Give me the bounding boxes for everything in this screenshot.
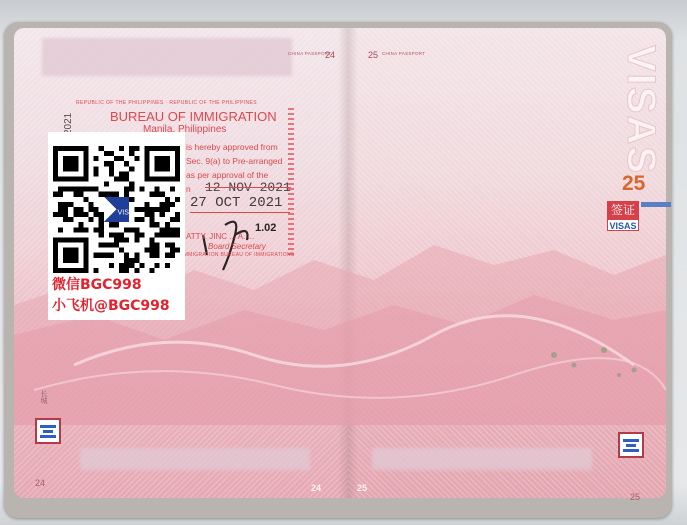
stamp-top-line: REPUBLIC OF THE PHILIPPINES · REPUBLIC O…: [76, 100, 257, 106]
right-page-number-top: 25: [368, 50, 378, 60]
right-page-number-large: 25: [622, 172, 645, 196]
stamp-body-line: as per approval of the: [186, 170, 268, 180]
right-gutter-number: 25: [357, 483, 367, 493]
qr-contact-card: VISA 微信BGC998 小飞机@BGC998: [48, 132, 185, 320]
stamp-footer: IMMIGRATION BUREAU OF IMMIGRATIONS: [182, 252, 295, 258]
emblem-icon: [35, 418, 61, 444]
left-page-number-bottom: 24: [35, 478, 45, 488]
visa-badge-en: VISAS: [607, 219, 639, 231]
stamp-agency: BUREAU OF IMMIGRATION: [110, 109, 277, 124]
stamp-officer-title: Board Secretary: [208, 242, 266, 251]
stamp-body-line: is hereby approved from: [186, 142, 278, 152]
svg-text:VISA: VISA: [118, 209, 134, 217]
right-page-header: CHINA PASSPORT: [382, 51, 425, 56]
stamp-date-prefix: n: [186, 184, 191, 194]
visas-watermark: VISAS: [618, 45, 663, 175]
right-page-number-bottom: 25: [630, 492, 640, 502]
visa-badge: 签证 VISAS: [607, 201, 639, 231]
signature-note: 1.02: [255, 222, 276, 234]
stamp-underline: [190, 212, 290, 213]
wechat-contact: 微信BGC998: [52, 274, 142, 294]
visa-strip: [641, 202, 671, 207]
stamp-body-line: Sec. 9(a) to Pre-arranged: [186, 156, 282, 166]
left-page-side-label: 长城: [38, 390, 48, 404]
telegram-contact: 小飞机@BGC998: [52, 295, 170, 315]
emblem-icon: [618, 432, 644, 458]
redacted-area: [42, 38, 292, 76]
left-gutter-number: 24: [311, 483, 321, 493]
qr-code[interactable]: VISA: [53, 146, 180, 273]
stamp-date-new: 27 OCT 2021: [190, 195, 282, 211]
stamp-border-dots: [288, 108, 294, 256]
left-page-number-top: 24: [325, 50, 335, 60]
visa-badge-cn: 签证: [607, 201, 639, 219]
stamp-officer-name: ATTY. JINC ... A. ...: [186, 232, 254, 241]
redacted-area: [372, 448, 592, 470]
redacted-area: [80, 448, 310, 470]
stamp-date-struck: 12 NOV 2021: [205, 180, 291, 195]
